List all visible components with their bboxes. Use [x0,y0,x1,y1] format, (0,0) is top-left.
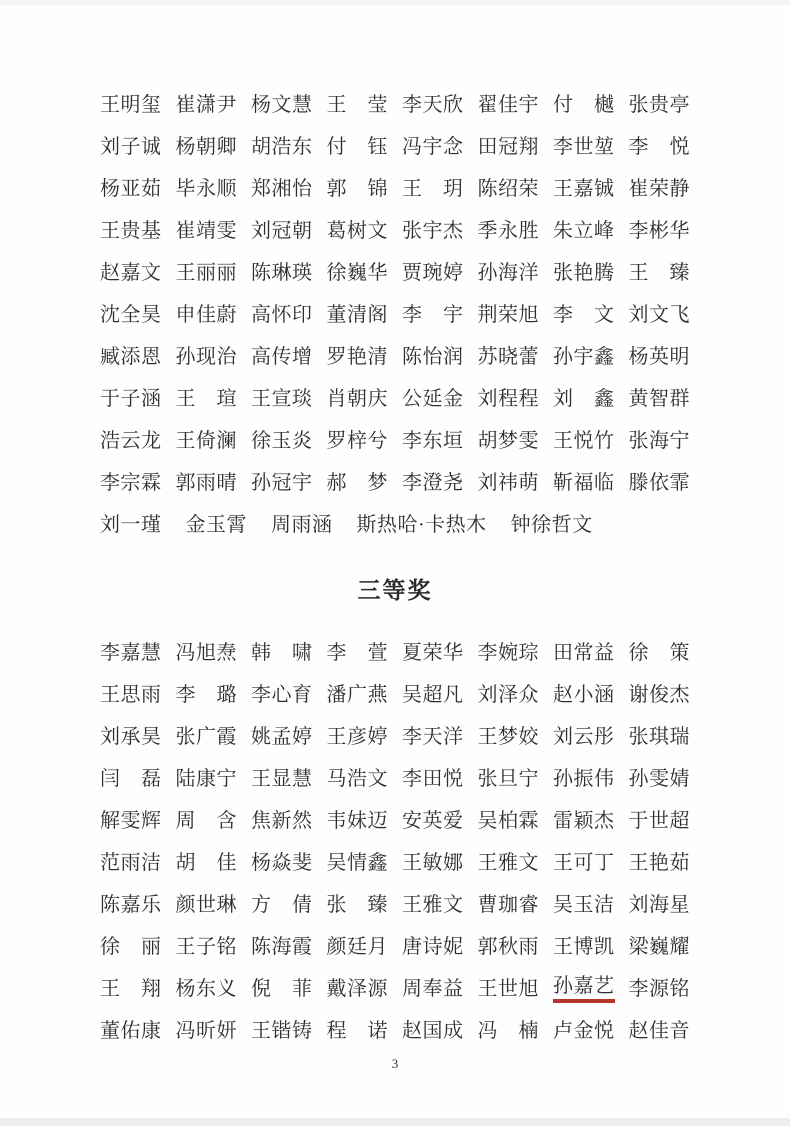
name-row: 解雯辉周 含焦新然韦妹迈安英爱吴柏霖雷颖杰于世超 [100,800,690,842]
name-rows-continued: 王明玺崔潇尹杨文慧王 莹李天欣翟佳宇付 樾张贵亭刘子诚杨朝卿胡浩东付 钰冯宇念田… [100,84,690,546]
name-item: 李 文 [553,305,615,325]
name-row: 刘子诚杨朝卿胡浩东付 钰冯宇念田冠翔李世堃李 悦 [100,126,690,168]
name-row: 王明玺崔潇尹杨文慧王 莹李天欣翟佳宇付 樾张贵亭 [100,84,690,126]
name-row: 沈全昊申佳蔚高怀印董清阁李 宇荆荣旭李 文刘文飞 [100,294,690,336]
name-item: 申佳蔚 [176,305,238,325]
name-item: 王 翔 [100,979,162,999]
name-item: 王艳茹 [629,853,691,873]
name-item: 付 樾 [553,95,615,115]
name-item: 朱立峰 [553,221,615,241]
name-item: 荆荣旭 [478,305,540,325]
name-item: 靳福临 [553,473,615,493]
name-item: 雷颖杰 [553,811,615,831]
name-item: 陈嘉乐 [100,895,162,915]
name-item: 冯旭焘 [176,643,238,663]
name-item: 付 钰 [327,137,389,157]
name-row: 于子涵王 瑄王宣琰肖朝庆公延金刘程程刘 鑫黄智群 [100,378,690,420]
name-row: 李宗霖郭雨晴孙冠宇郝 梦李澄尧刘祎萌靳福临滕依霏 [100,462,690,504]
scan-edge-bottom [0,1118,790,1126]
name-item: 李天欣 [402,95,464,115]
section-heading-third-prize: 三等奖 [100,574,690,608]
name-item: 孙海洋 [478,263,540,283]
name-item: 曹珈睿 [478,895,540,915]
name-item: 韦妹迈 [327,811,389,831]
name-row: 杨亚茹毕永顺郑湘怡郭 锦王 玥陈绍荣王嘉铖崔荣静 [100,168,690,210]
name-item: 臧添恩 [100,347,162,367]
name-item: 王贵基 [100,221,162,241]
name-item: 郭雨晴 [176,473,238,493]
name-item: 谢俊杰 [629,685,691,705]
name-item: 杨文慧 [251,95,313,115]
name-item: 刘祎萌 [478,473,540,493]
name-item: 郭 锦 [327,179,389,199]
name-item: 王倚澜 [176,431,238,451]
name-item: 郝 梦 [327,473,389,493]
name-item: 周雨涵 [271,515,333,535]
name-item: 苏晓蕾 [478,347,540,367]
name-item: 罗艳清 [327,347,389,367]
name-item: 吴玉洁 [553,895,615,915]
name-item: 胡浩东 [251,137,313,157]
name-item: 李东垣 [402,431,464,451]
name-item: 钟徐哲文 [511,515,593,535]
name-item: 董清阁 [327,305,389,325]
name-item: 周奉益 [402,979,464,999]
name-item: 刘冠朝 [251,221,313,241]
name-item: 王博凯 [553,937,615,957]
document-page: 王明玺崔潇尹杨文慧王 莹李天欣翟佳宇付 樾张贵亭刘子诚杨朝卿胡浩东付 钰冯宇念田… [0,0,790,1126]
name-item: 梁巍耀 [629,937,691,957]
name-item: 李 悦 [629,137,691,157]
name-item: 郑湘怡 [251,179,313,199]
name-item: 王子铭 [176,937,238,957]
name-item: 颜廷月 [327,937,389,957]
name-item: 张广霞 [176,727,238,747]
name-row: 徐 丽王子铭陈海霞颜廷月唐诗妮郭秋雨王博凯梁巍耀 [100,926,690,968]
name-item: 王显慧 [251,769,313,789]
name-item: 王可丁 [553,853,615,873]
name-item: 崔潇尹 [176,95,238,115]
name-item: 张贵亭 [629,95,691,115]
name-item: 吴超凡 [402,685,464,705]
scan-edge-top [0,0,790,5]
name-item: 李 宇 [402,305,464,325]
name-row: 陈嘉乐颜世琳方 倩张 臻王雅文曹珈睿吴玉洁刘海星 [100,884,690,926]
name-item: 孙现治 [176,347,238,367]
name-item: 王雅文 [478,853,540,873]
name-item: 胡 佳 [176,853,238,873]
name-item: 公延金 [402,389,464,409]
name-item: 于世超 [629,811,691,831]
name-item: 吴情鑫 [327,853,389,873]
name-item: 杨焱斐 [251,853,313,873]
name-item: 刘一瑾 [100,515,162,535]
name-item: 刘 鑫 [553,389,615,409]
name-item: 王宣琰 [251,389,313,409]
name-item: 董佑康 [100,1021,162,1041]
name-item: 张 臻 [327,895,389,915]
name-item: 李源铭 [629,979,691,999]
name-item: 陈怡润 [402,347,464,367]
name-item: 冯 楠 [478,1021,540,1041]
name-item: 李 璐 [176,685,238,705]
name-item: 唐诗妮 [402,937,464,957]
name-item: 夏荣华 [402,643,464,663]
name-item: 孙冠宇 [251,473,313,493]
name-item: 杨朝卿 [176,137,238,157]
name-item: 颜世琳 [176,895,238,915]
name-item: 王 莹 [327,95,389,115]
name-item: 杨东义 [176,979,238,999]
name-item: 王嘉铖 [553,179,615,199]
name-item: 李嘉慧 [100,643,162,663]
name-row: 李嘉慧冯旭焘韩 啸李 萱夏荣华李婉琮田常益徐 策 [100,632,690,674]
name-item: 王明玺 [100,95,162,115]
award-section-third-prize: 三等奖 李嘉慧冯旭焘韩 啸李 萱夏荣华李婉琮田常益徐 策王思雨李 璐李心育潘广燕… [100,574,690,1052]
name-item: 翟佳宇 [478,95,540,115]
name-item: 徐巍华 [327,263,389,283]
name-item: 赵国成 [402,1021,464,1041]
name-item: 安英爱 [402,811,464,831]
name-row: 王 翔杨东义倪 菲戴泽源周奉益王世旭孙嘉艺李源铭 [100,968,690,1010]
name-row: 闫 磊陆康宁王显慧马浩文李田悦张旦宁孙振伟孙雯婧 [100,758,690,800]
name-item: 焦新然 [251,811,313,831]
name-item-highlighted: 孙嘉艺 [553,976,615,1003]
name-item: 高怀印 [251,305,313,325]
name-item: 李心育 [251,685,313,705]
name-item: 赵嘉文 [100,263,162,283]
name-item: 张琪瑞 [629,727,691,747]
name-item: 张旦宁 [478,769,540,789]
page-content: 王明玺崔潇尹杨文慧王 莹李天欣翟佳宇付 樾张贵亭刘子诚杨朝卿胡浩东付 钰冯宇念田… [0,0,790,1072]
name-item: 李天洋 [402,727,464,747]
name-item: 李澄尧 [402,473,464,493]
name-item: 刘海星 [629,895,691,915]
name-item: 田常益 [553,643,615,663]
name-item: 肖朝庆 [327,389,389,409]
name-item: 程 诺 [327,1021,389,1041]
name-rows-third-prize: 李嘉慧冯旭焘韩 啸李 萱夏荣华李婉琮田常益徐 策王思雨李 璐李心育潘广燕吴超凡刘… [100,632,690,1052]
name-item: 解雯辉 [100,811,162,831]
name-item: 闫 磊 [100,769,162,789]
name-item: 李田悦 [402,769,464,789]
name-item: 杨英明 [629,347,691,367]
name-item: 刘云彤 [553,727,615,747]
name-item: 刘承昊 [100,727,162,747]
name-item: 王悦竹 [553,431,615,451]
name-item: 赵佳音 [629,1021,691,1041]
name-item: 赵小涵 [553,685,615,705]
name-item: 李婉琮 [478,643,540,663]
name-item: 王世旭 [478,979,540,999]
name-item: 徐玉炎 [251,431,313,451]
name-item: 崔荣静 [629,179,691,199]
name-item: 张海宁 [629,431,691,451]
name-item: 陆康宁 [176,769,238,789]
name-item: 贾琬婷 [402,263,464,283]
name-item: 周 含 [176,811,238,831]
name-item: 葛树文 [327,221,389,241]
name-item: 孙振伟 [553,769,615,789]
name-item: 季永胜 [478,221,540,241]
name-item: 范雨洁 [100,853,162,873]
name-item: 孙宇鑫 [553,347,615,367]
name-item: 王敏娜 [402,853,464,873]
name-item: 张宇杰 [402,221,464,241]
name-item: 金玉霄 [186,515,248,535]
name-item: 斯热哈·卡热木 [357,515,487,535]
name-item: 倪 菲 [251,979,313,999]
name-item: 刘子诚 [100,137,162,157]
name-item: 潘广燕 [327,685,389,705]
name-item: 陈海霞 [251,937,313,957]
name-item: 王锴铸 [251,1021,313,1041]
name-item: 陈绍荣 [478,179,540,199]
name-item: 卢金悦 [553,1021,615,1041]
name-item: 刘程程 [478,389,540,409]
name-item: 李世堃 [553,137,615,157]
name-row: 刘一瑾金玉霄周雨涵斯热哈·卡热木钟徐哲文 [100,504,690,546]
name-item: 王 臻 [629,263,691,283]
name-item: 罗梓兮 [327,431,389,451]
name-row: 赵嘉文王丽丽陈琳瑛徐巍华贾琬婷孙海洋张艳腾王 臻 [100,252,690,294]
name-item: 田冠翔 [478,137,540,157]
name-item: 李宗霖 [100,473,162,493]
name-row: 浩云龙王倚澜徐玉炎罗梓兮李东垣胡梦雯王悦竹张海宁 [100,420,690,462]
page-number: 3 [100,1056,690,1072]
name-item: 张艳腾 [553,263,615,283]
name-item: 陈琳瑛 [251,263,313,283]
name-item: 冯宇念 [402,137,464,157]
name-row: 董佑康冯昕妍王锴铸程 诺赵国成冯 楠卢金悦赵佳音 [100,1010,690,1052]
name-item: 高传增 [251,347,313,367]
name-item: 徐 丽 [100,937,162,957]
name-item: 吴柏霖 [478,811,540,831]
name-item: 李彬华 [629,221,691,241]
name-item: 胡梦雯 [478,431,540,451]
name-item: 滕依霏 [629,473,691,493]
name-item: 毕永顺 [176,179,238,199]
name-item: 王雅文 [402,895,464,915]
name-row: 刘承昊张广霞姚孟婷王彦婷李天洋王梦姣刘云彤张琪瑞 [100,716,690,758]
name-item: 王思雨 [100,685,162,705]
name-item: 刘文飞 [629,305,691,325]
name-row: 范雨洁胡 佳杨焱斐吴情鑫王敏娜王雅文王可丁王艳茹 [100,842,690,884]
name-item: 冯昕妍 [176,1021,238,1041]
name-item: 方 倩 [251,895,313,915]
name-item: 王梦姣 [478,727,540,747]
name-item: 马浩文 [327,769,389,789]
name-item: 韩 啸 [251,643,313,663]
name-item: 孙雯婧 [629,769,691,789]
name-item: 郭秋雨 [478,937,540,957]
name-item: 浩云龙 [100,431,162,451]
name-item: 王 玥 [402,179,464,199]
name-item: 王 瑄 [176,389,238,409]
name-item: 徐 策 [629,643,691,663]
name-item: 杨亚茹 [100,179,162,199]
name-item: 李 萱 [327,643,389,663]
name-item: 黄智群 [629,389,691,409]
name-row: 王贵基崔靖雯刘冠朝葛树文张宇杰季永胜朱立峰李彬华 [100,210,690,252]
name-item: 沈全昊 [100,305,162,325]
name-item: 崔靖雯 [176,221,238,241]
name-item: 王彦婷 [327,727,389,747]
name-item: 于子涵 [100,389,162,409]
name-row: 臧添恩孙现治高传增罗艳清陈怡润苏晓蕾孙宇鑫杨英明 [100,336,690,378]
name-item: 戴泽源 [327,979,389,999]
name-item: 姚孟婷 [251,727,313,747]
award-section-continued: 王明玺崔潇尹杨文慧王 莹李天欣翟佳宇付 樾张贵亭刘子诚杨朝卿胡浩东付 钰冯宇念田… [100,84,690,546]
name-item: 刘泽众 [478,685,540,705]
name-item: 王丽丽 [176,263,238,283]
name-row: 王思雨李 璐李心育潘广燕吴超凡刘泽众赵小涵谢俊杰 [100,674,690,716]
